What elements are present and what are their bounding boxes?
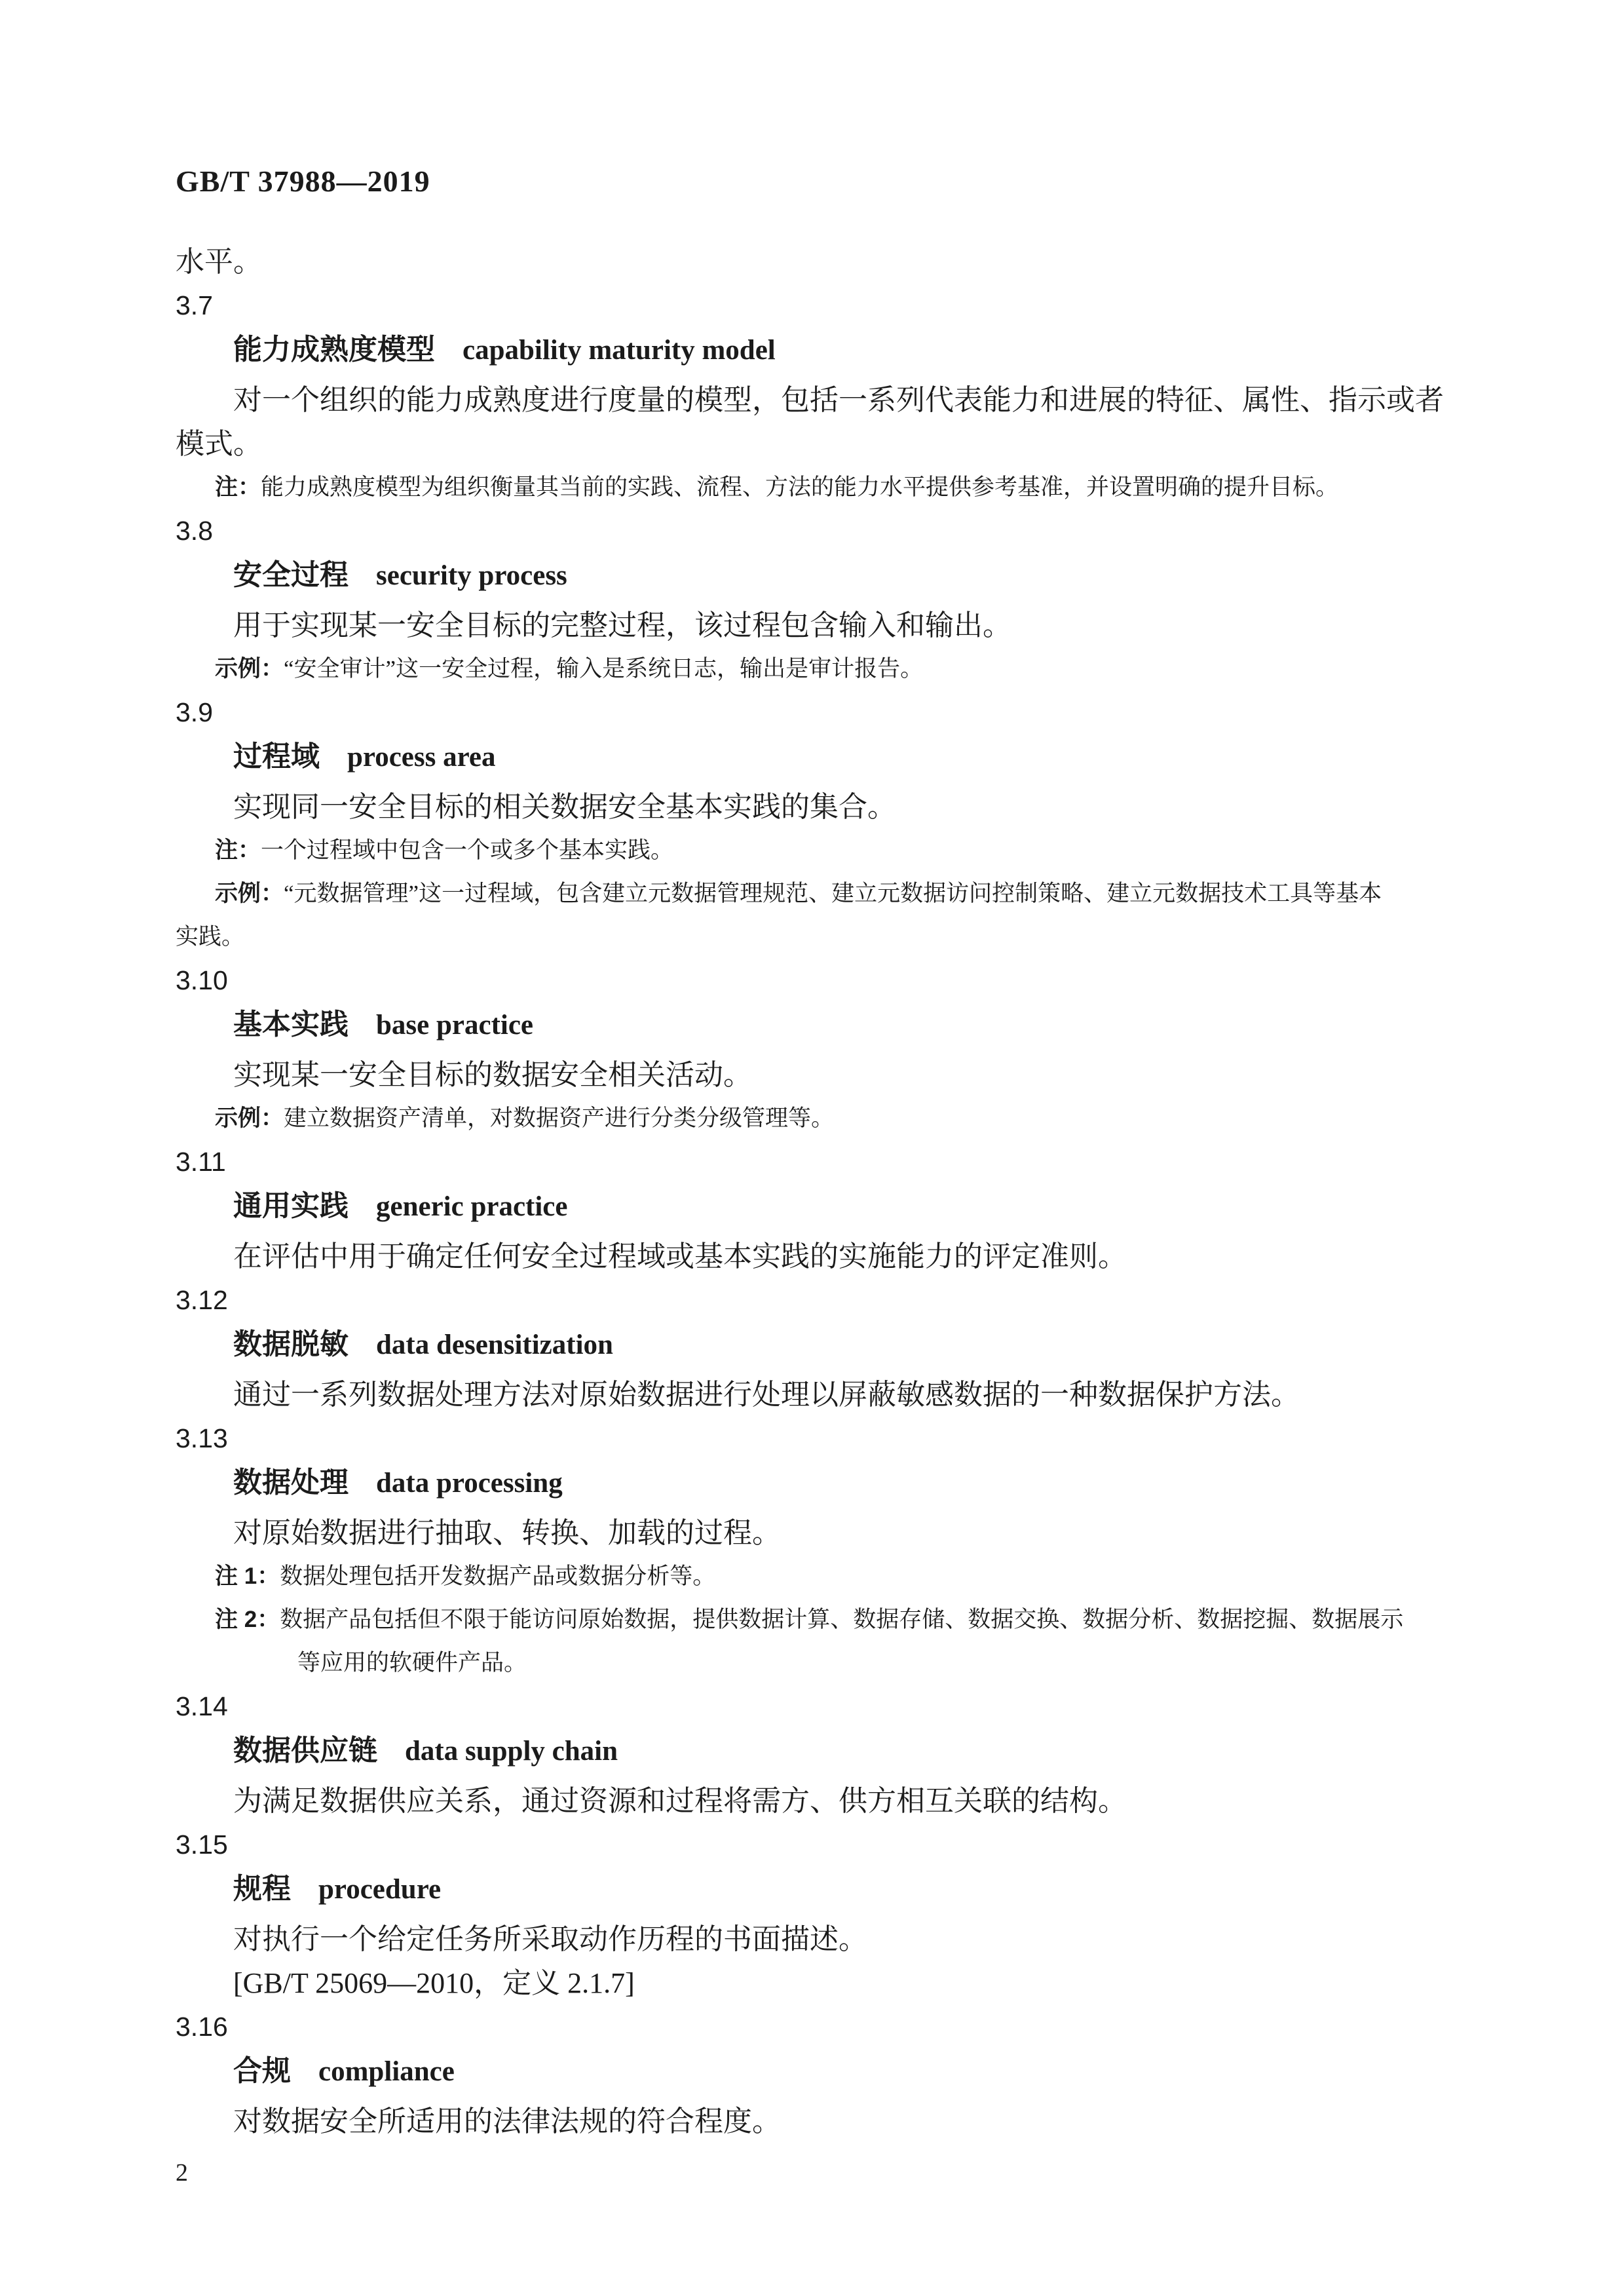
definition-text: 对执行一个给定任务所采取动作历程的书面描述。	[176, 1917, 1448, 1961]
reference-text: [GB/T 25069—2010，定义 2.1.7]	[176, 1961, 1448, 2005]
term-zh: 能力成熟度模型	[233, 334, 435, 366]
definition-text: 在评估中用于确定任何安全过程域或基本实践的实施能力的评定准则。	[176, 1234, 1448, 1278]
term-heading: 数据供应链data supply chain	[176, 1729, 1448, 1779]
section-number: 3.10	[176, 959, 1448, 1003]
term-en: security process	[376, 560, 567, 591]
section-number: 3.9	[176, 691, 1448, 735]
note-text: “元数据管理”这一过程域，包含建立元数据管理规范、建立元数据访问控制策略、建立元…	[176, 881, 1382, 949]
definition-text: 对一个组织的能力成熟度进行度量的模型，包括一系列代表能力和进展的特征、属性、指示…	[176, 378, 1448, 466]
note-text: 能力成熟度模型为组织衡量其当前的实践、流程、方法的能力水平提供参考基准，并设置明…	[261, 474, 1338, 500]
term-en: procedure	[318, 1874, 441, 1905]
section-3-14: 3.14 数据供应链data supply chain 为满足数据供应关系，通过…	[176, 1685, 1448, 1823]
term-zh: 规程	[233, 1873, 291, 1905]
section-3-13: 3.13 数据处理data processing 对原始数据进行抽取、转换、加载…	[176, 1417, 1448, 1685]
term-en: process area	[347, 742, 496, 773]
section-3-8: 3.8 安全过程security process 用于实现某一安全目标的完整过程…	[176, 509, 1448, 691]
section-number: 3.13	[176, 1417, 1448, 1461]
note-text: 建立数据资产清单，对数据资产进行分类分级管理等。	[284, 1105, 834, 1131]
section-number: 3.12	[176, 1278, 1448, 1322]
term-en: compliance	[318, 2056, 455, 2087]
term-en: capability maturity model	[463, 335, 776, 366]
page-number: 2	[176, 2151, 1448, 2195]
section-3-15: 3.15 规程procedure 对执行一个给定任务所采取动作历程的书面描述。 …	[176, 1823, 1448, 2005]
section-number: 3.14	[176, 1685, 1448, 1729]
note-label: 示例：	[215, 1105, 284, 1131]
definition-text: 用于实现某一安全目标的完整过程，该过程包含输入和输出。	[176, 603, 1448, 647]
note-label: 注：	[215, 474, 261, 500]
term-heading: 安全过程security process	[176, 553, 1448, 603]
section-3-9: 3.9 过程域process area 实现同一安全目标的相关数据安全基本实践的…	[176, 691, 1448, 959]
term-heading: 基本实践base practice	[176, 1003, 1448, 1053]
term-zh: 数据供应链	[233, 1734, 377, 1767]
note-label: 注 2：	[215, 1607, 280, 1632]
section-3-16: 3.16 合规compliance 对数据安全所适用的法律法规的符合程度。	[176, 2005, 1448, 2143]
note-text: 数据产品包括但不限于能访问原始数据，提供数据计算、数据存储、数据交换、数据分析、…	[280, 1607, 1403, 1675]
document-page: GB/T 37988—2019 水平。 3.7 能力成熟度模型capabilit…	[0, 0, 1624, 2296]
note-label: 注 1：	[215, 1563, 280, 1589]
term-zh: 过程域	[233, 740, 320, 773]
note-label: 示例：	[215, 656, 284, 681]
term-heading: 合规compliance	[176, 2049, 1448, 2099]
section-3-7: 3.7 能力成熟度模型capability maturity model 对一个…	[176, 284, 1448, 509]
term-heading: 过程域process area	[176, 735, 1448, 785]
note: 示例：建立数据资产清单，对数据资产进行分类分级管理等。	[176, 1097, 1448, 1140]
term-heading: 通用实践generic practice	[176, 1184, 1448, 1234]
term-heading: 规程procedure	[176, 1867, 1448, 1917]
term-zh: 通用实践	[233, 1190, 349, 1222]
definition-text: 实现某一安全目标的数据安全相关活动。	[176, 1053, 1448, 1097]
note: 示例：“安全审计”这一安全过程，输入是系统日志，输出是审计报告。	[176, 647, 1448, 691]
term-heading: 能力成熟度模型capability maturity model	[176, 328, 1448, 378]
definition-text: 实现同一安全目标的相关数据安全基本实践的集合。	[176, 785, 1448, 829]
note: 注 2：数据产品包括但不限于能访问原始数据，提供数据计算、数据存储、数据交换、数…	[176, 1598, 1448, 1685]
term-zh: 数据脱敏	[233, 1328, 349, 1360]
term-en: data supply chain	[405, 1736, 618, 1767]
term-zh: 基本实践	[233, 1008, 349, 1041]
section-3-12: 3.12 数据脱敏data desensitization 通过一系列数据处理方…	[176, 1278, 1448, 1417]
term-heading: 数据处理data processing	[176, 1461, 1448, 1511]
section-3-11: 3.11 通用实践generic practice 在评估中用于确定任何安全过程…	[176, 1140, 1448, 1278]
section-number: 3.15	[176, 1823, 1448, 1867]
term-zh: 安全过程	[233, 559, 349, 591]
note-text: 数据处理包括开发数据产品或数据分析等。	[280, 1563, 715, 1589]
term-en: base practice	[376, 1010, 533, 1041]
note-label: 示例：	[215, 881, 284, 906]
note-text: 一个过程域中包含一个或多个基本实践。	[261, 837, 673, 863]
note: 示例：“元数据管理”这一过程域，包含建立元数据管理规范、建立元数据访问控制策略、…	[176, 872, 1448, 959]
section-number: 3.7	[176, 284, 1448, 328]
term-en: data processing	[376, 1468, 563, 1499]
note: 注 1：数据处理包括开发数据产品或数据分析等。	[176, 1555, 1448, 1598]
definition-text: 对原始数据进行抽取、转换、加载的过程。	[176, 1511, 1448, 1555]
section-3-10: 3.10 基本实践base practice 实现某一安全目标的数据安全相关活动…	[176, 959, 1448, 1140]
term-zh: 数据处理	[233, 1466, 349, 1499]
term-en: generic practice	[376, 1191, 567, 1222]
section-number: 3.16	[176, 2005, 1448, 2049]
section-number: 3.8	[176, 509, 1448, 553]
definition-text: 为满足数据供应关系，通过资源和过程将需方、供方相互关联的结构。	[176, 1779, 1448, 1823]
note-label: 注：	[215, 837, 261, 863]
note: 注：能力成熟度模型为组织衡量其当前的实践、流程、方法的能力水平提供参考基准，并设…	[176, 466, 1448, 509]
note: 注：一个过程域中包含一个或多个基本实践。	[176, 829, 1448, 872]
term-heading: 数据脱敏data desensitization	[176, 1322, 1448, 1373]
section-number: 3.11	[176, 1140, 1448, 1184]
definition-text: 对数据安全所适用的法律法规的符合程度。	[176, 2099, 1448, 2143]
note-text: “安全审计”这一安全过程，输入是系统日志，输出是审计报告。	[284, 656, 923, 681]
definition-text: 通过一系列数据处理方法对原始数据进行处理以屏蔽敏感数据的一种数据保护方法。	[176, 1373, 1448, 1417]
term-en: data desensitization	[376, 1330, 613, 1360]
doc-header: GB/T 37988—2019	[176, 165, 1448, 198]
intro-fragment: 水平。	[176, 240, 1448, 284]
term-zh: 合规	[233, 2055, 291, 2087]
